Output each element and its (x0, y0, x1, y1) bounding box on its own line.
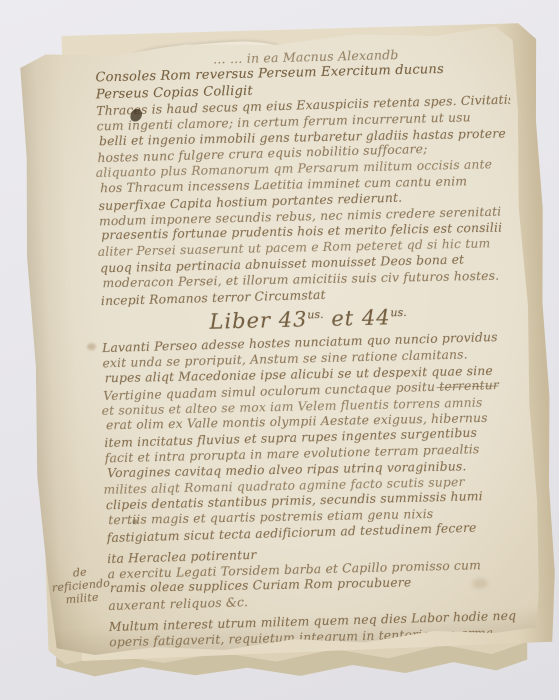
photo-backdrop: … … in ea Macnus Alexandb Consoles Rom r… (0, 0, 559, 700)
section-1: Thraces is haud secus qm eius Exauspicii… (96, 93, 515, 308)
section-heading-liber: Liber 43us. et 44us. (209, 303, 515, 334)
heading-text: et 44 (323, 306, 391, 332)
heading-superscript: us. (390, 306, 407, 319)
margin-note: de reficiendomilite (42, 563, 119, 608)
heading-superscript: us. (307, 308, 324, 321)
heading-text: Liber 43 (209, 308, 308, 334)
section-2: Lavanti Perseo adesse hostes nunciatum q… (102, 331, 521, 546)
section-3: ita Heraclea potirentura exercitu Legati… (107, 541, 522, 614)
manuscript-text: … … in ea Macnus Alexandb Consoles Rom r… (23, 30, 538, 654)
